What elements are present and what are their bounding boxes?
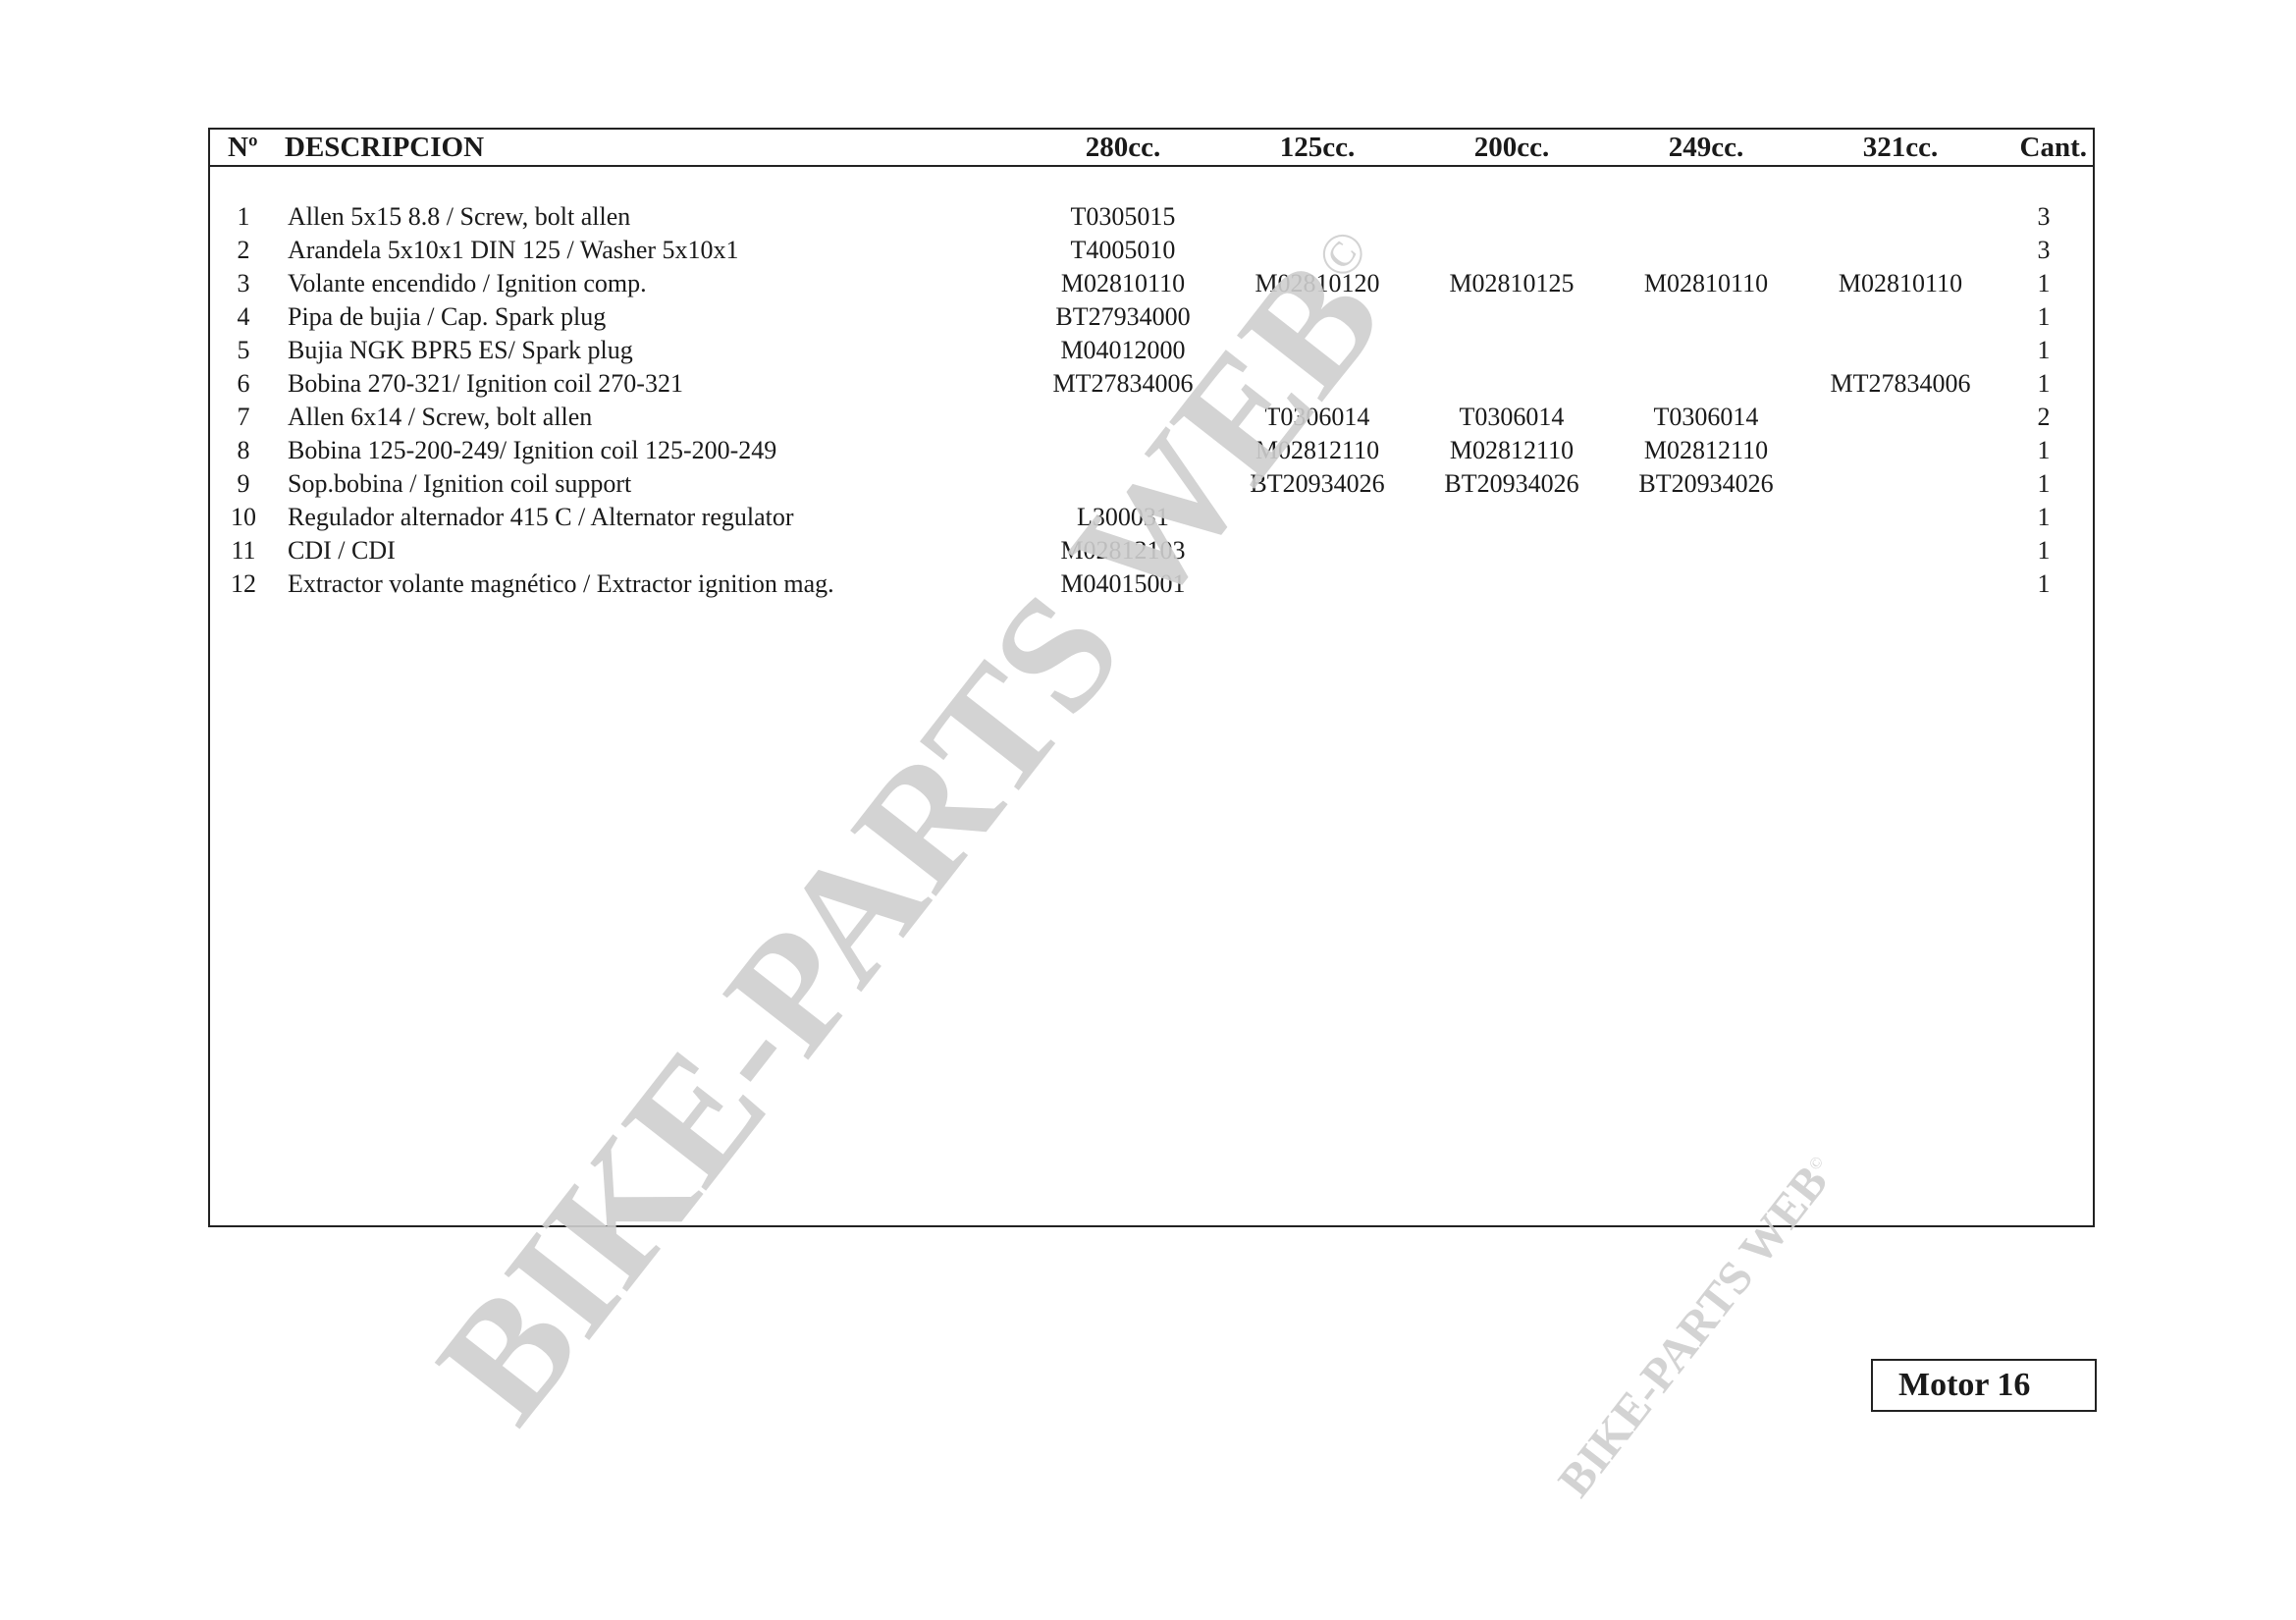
part-125cc: T0306014: [1265, 401, 1370, 434]
row-quantity: 1: [2038, 334, 2051, 367]
table-row: 4Pipa de bujia / Cap. Spark plugBT279340…: [210, 300, 2093, 334]
row-quantity: 1: [2038, 534, 2051, 567]
part-200cc: M02810125: [1449, 267, 1574, 300]
part-200cc: BT20934026: [1444, 467, 1578, 501]
part-249cc: M02810110: [1644, 267, 1768, 300]
row-number: 4: [238, 300, 250, 334]
table-row: 5Bujia NGK BPR5 ES/ Spark plugM040120001: [210, 334, 2093, 367]
row-quantity: 1: [2038, 434, 2051, 467]
header-description: DESCRIPCION: [285, 132, 484, 164]
header-249cc: 249cc.: [1669, 132, 1744, 164]
row-description: Bujia NGK BPR5 ES/ Spark plug: [288, 334, 633, 367]
row-quantity: 2: [2038, 401, 2051, 434]
row-description: Sop.bobina / Ignition coil support: [288, 467, 631, 501]
table-row: 10Regulador alternador 415 C / Alternato…: [210, 501, 2093, 534]
row-quantity: 3: [2038, 200, 2051, 234]
part-200cc: T0306014: [1460, 401, 1565, 434]
row-quantity: 1: [2038, 501, 2051, 534]
row-quantity: 1: [2038, 300, 2051, 334]
row-quantity: 1: [2038, 367, 2051, 401]
part-280cc: BT27934000: [1055, 300, 1190, 334]
part-280cc: M04012000: [1060, 334, 1185, 367]
table-row: 8Bobina 125-200-249/ Ignition coil 125-2…: [210, 434, 2093, 467]
part-280cc: M02810110: [1061, 267, 1185, 300]
header-200cc: 200cc.: [1474, 132, 1550, 164]
part-249cc: M02812110: [1644, 434, 1768, 467]
row-number: 11: [231, 534, 255, 567]
row-description: Bobina 125-200-249/ Ignition coil 125-20…: [288, 434, 776, 467]
row-number: 8: [238, 434, 250, 467]
table-row: 3Volante encendido / Ignition comp.M0281…: [210, 267, 2093, 300]
part-249cc: T0306014: [1654, 401, 1759, 434]
part-249cc: BT20934026: [1638, 467, 1773, 501]
row-description: Volante encendido / Ignition comp.: [288, 267, 647, 300]
parts-table: Nº DESCRIPCION 280cc. 125cc. 200cc. 249c…: [208, 128, 2095, 1227]
part-280cc: M02812103: [1060, 534, 1185, 567]
part-280cc: L300031: [1077, 501, 1169, 534]
part-125cc: BT20934026: [1250, 467, 1384, 501]
row-number: 3: [238, 267, 250, 300]
part-280cc: T0305015: [1071, 200, 1176, 234]
table-row: 11CDI / CDIM028121031: [210, 534, 2093, 567]
row-number: 9: [238, 467, 250, 501]
row-quantity: 1: [2038, 267, 2051, 300]
header-125cc: 125cc.: [1280, 132, 1356, 164]
row-description: CDI / CDI: [288, 534, 396, 567]
row-number: 1: [238, 200, 250, 234]
row-number: 2: [238, 234, 250, 267]
part-321cc: MT27834006: [1831, 367, 1971, 401]
row-description: Regulador alternador 415 C / Alternator …: [288, 501, 794, 534]
part-125cc: M02812110: [1255, 434, 1379, 467]
row-number: 6: [238, 367, 250, 401]
header-quantity: Cant.: [2020, 132, 2087, 164]
row-quantity: 3: [2038, 234, 2051, 267]
table-row: 7Allen 6x14 / Screw, bolt allenT0306014T…: [210, 401, 2093, 434]
row-number: 5: [238, 334, 250, 367]
table-row: 2Arandela 5x10x1 DIN 125 / Washer 5x10x1…: [210, 234, 2093, 267]
part-321cc: M02810110: [1839, 267, 1962, 300]
part-125cc: M02810120: [1255, 267, 1379, 300]
row-number: 10: [231, 501, 256, 534]
header-280cc: 280cc.: [1086, 132, 1161, 164]
row-description: Bobina 270-321/ Ignition coil 270-321: [288, 367, 683, 401]
row-description: Allen 5x15 8.8 / Screw, bolt allen: [288, 200, 630, 234]
header-number: Nº: [228, 132, 258, 164]
part-200cc: M02812110: [1450, 434, 1574, 467]
row-quantity: 1: [2038, 467, 2051, 501]
table-row: 9Sop.bobina / Ignition coil supportBT209…: [210, 467, 2093, 501]
row-number: 7: [238, 401, 250, 434]
part-280cc: T4005010: [1071, 234, 1176, 267]
table-row: 12Extractor volante magnético / Extracto…: [210, 567, 2093, 601]
row-number: 12: [231, 567, 256, 601]
part-280cc: MT27834006: [1053, 367, 1194, 401]
row-description: Arandela 5x10x1 DIN 125 / Washer 5x10x1: [288, 234, 739, 267]
part-280cc: M04015001: [1060, 567, 1185, 601]
header-321cc: 321cc.: [1863, 132, 1939, 164]
page-label: Motor 16: [1871, 1359, 2097, 1412]
table-header: Nº DESCRIPCION 280cc. 125cc. 200cc. 249c…: [210, 130, 2093, 167]
row-description: Extractor volante magnético / Extractor …: [288, 567, 834, 601]
row-quantity: 1: [2038, 567, 2051, 601]
row-description: Pipa de bujia / Cap. Spark plug: [288, 300, 606, 334]
table-row: 1Allen 5x15 8.8 / Screw, bolt allenT0305…: [210, 200, 2093, 234]
row-description: Allen 6x14 / Screw, bolt allen: [288, 401, 592, 434]
table-row: 6Bobina 270-321/ Ignition coil 270-321MT…: [210, 367, 2093, 401]
